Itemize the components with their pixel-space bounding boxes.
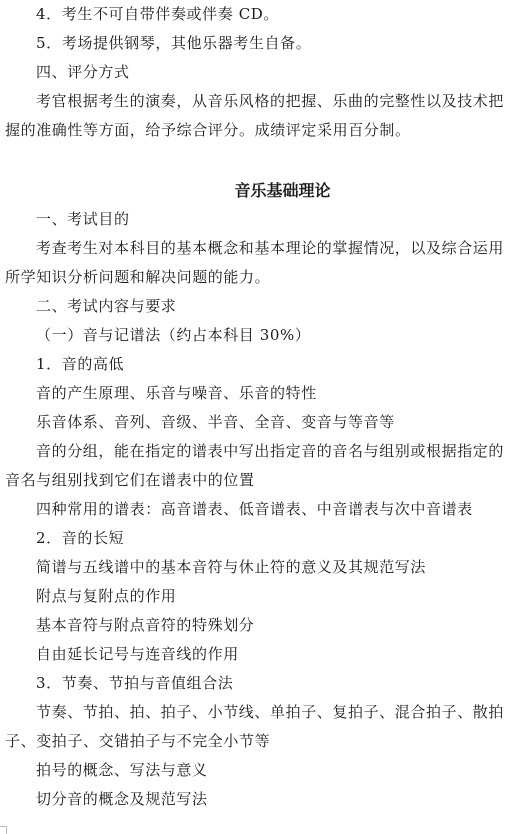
section-heading-content-requirements: 二、考试内容与要求 <box>0 292 525 321</box>
list-item: 简谱与五线谱中的基本音符与休止符的意义及其规范写法 <box>0 553 525 582</box>
list-item: 四种常用的谱表：高音谱表、低音谱表、中音谱表与次中音谱表 <box>0 495 525 524</box>
list-item: 音的分组，能在指定的谱表中写出指定音的音名与组别或根据指定的 <box>0 437 525 466</box>
page-corner-mark <box>0 826 7 834</box>
subsection-heading-notation: （一）音与记谱法（约占本科目 30%） <box>0 321 525 350</box>
section-heading-exam-purpose: 一、考试目的 <box>0 205 525 234</box>
section-title-music-theory: 音乐基础理论 <box>0 176 525 205</box>
document-page: 4．考生不可自带伴奏或伴奏 CD。 5．考场提供钢琴，其他乐器考生自备。 四、评… <box>0 0 525 834</box>
item-heading-duration: 2．音的长短 <box>0 524 525 553</box>
paragraph-purpose-line2: 所学知识分析问题和解决问题的能力。 <box>0 263 525 292</box>
paragraph-scoring-line2: 握的准确性等方面，给予综合评分。成绩评定采用百分制。 <box>0 116 525 145</box>
item-heading-pitch: 1．音的高低 <box>0 350 525 379</box>
list-item: 拍号的概念、写法与意义 <box>0 756 525 785</box>
list-item: 基本音符与附点音符的特殊划分 <box>0 611 525 640</box>
list-item: 音的产生原理、乐音与噪音、乐音的特性 <box>0 379 525 408</box>
list-item: 切分音的概念及规范写法 <box>0 785 525 814</box>
list-item-continuation: 音名与组别找到它们在谱表中的位置 <box>0 466 525 495</box>
exam-rule-no-accompaniment: 4．考生不可自带伴奏或伴奏 CD。 <box>0 0 525 29</box>
list-item: 节奏、节拍、拍、拍子、小节线、单拍子、复拍子、混合拍子、散拍 <box>0 698 525 727</box>
exam-rule-piano-provided: 5．考场提供钢琴，其他乐器考生自备。 <box>0 29 525 58</box>
list-item: 附点与复附点的作用 <box>0 582 525 611</box>
paragraph-purpose-line1: 考查考生对本科目的基本概念和基本理论的掌握情况，以及综合运用 <box>0 234 525 263</box>
item-heading-rhythm-meter: 3．节奏、节拍与音值组合法 <box>0 669 525 698</box>
list-item: 自由延长记号与连音线的作用 <box>0 640 525 669</box>
list-item-continuation: 子、变拍子、交错拍子与不完全小节等 <box>0 727 525 756</box>
section-heading-scoring: 四、评分方式 <box>0 58 525 87</box>
list-item: 乐音体系、音列、音级、半音、全音、变音与等音等 <box>0 408 525 437</box>
paragraph-scoring-line1: 考官根据考生的演奏，从音乐风格的把握、乐曲的完整性以及技术把 <box>0 87 525 116</box>
